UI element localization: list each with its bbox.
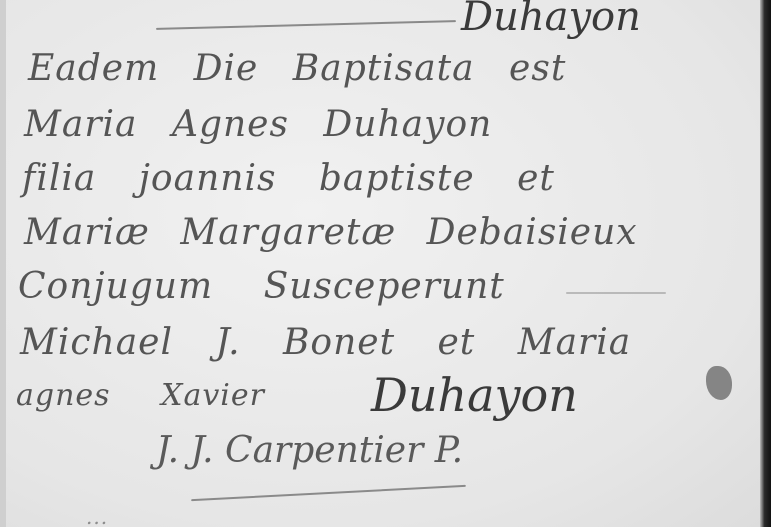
priest-signature: J. J. Carpentier P. (156, 430, 463, 471)
top-signature: Duhayon (461, 0, 641, 40)
next-entry-fragment: ... (86, 505, 108, 527)
entry-line-1: Eadem Die Baptisata est (28, 48, 566, 89)
separator-rule-bottom (191, 485, 466, 501)
entry-line-5: Conjugum Susceperunt (18, 266, 505, 307)
register-page: Duhayon Eadem Die Baptisata est Maria Ag… (0, 0, 766, 527)
entry-line-4: Mariæ Margaretæ Debaisieux (24, 212, 638, 253)
entry-line-6: Michael J. Bonet et Maria (20, 322, 631, 363)
separator-rule-top (156, 20, 456, 30)
signature-duhayon: Duhayon (371, 368, 578, 422)
ink-blot (706, 366, 732, 400)
entry-line-3: filia joannis baptiste et (22, 158, 555, 199)
line-5-trailing-rule (566, 292, 666, 294)
entry-line-2: Maria Agnes Duhayon (24, 104, 492, 145)
entry-line-7: agnes Xavier (16, 378, 265, 413)
page-binding-edge (760, 0, 771, 527)
